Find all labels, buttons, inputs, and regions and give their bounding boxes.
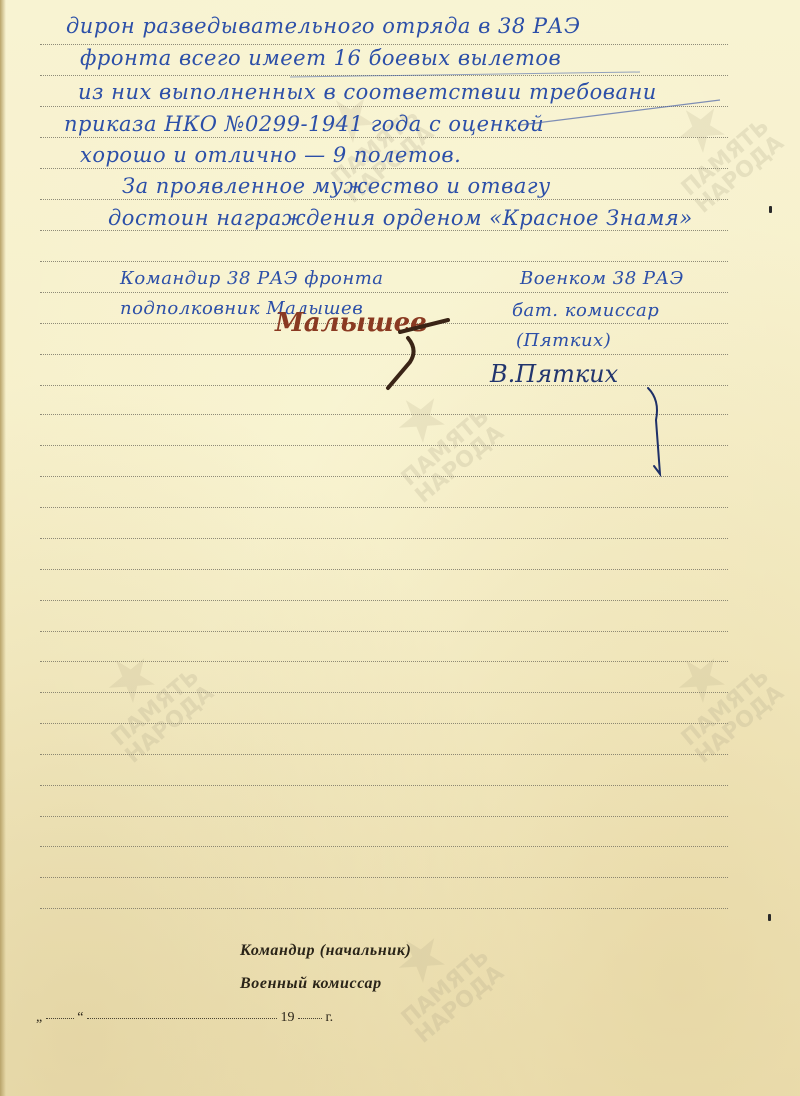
commissar-label: Военный комиссар — [240, 975, 382, 993]
year-suffix: г. — [325, 1010, 333, 1025]
day-blank — [46, 1018, 74, 1019]
date-open-quote: „ — [36, 1010, 42, 1025]
commander-label: Командир (начальник) — [240, 942, 411, 960]
date-line: „ “ 19 г. — [36, 1010, 333, 1026]
signature-strokes — [0, 0, 800, 1096]
month-blank — [87, 1018, 277, 1019]
date-close-quote: “ — [77, 1010, 83, 1025]
year-blank — [298, 1018, 322, 1019]
year-prefix: 19 — [280, 1010, 294, 1025]
